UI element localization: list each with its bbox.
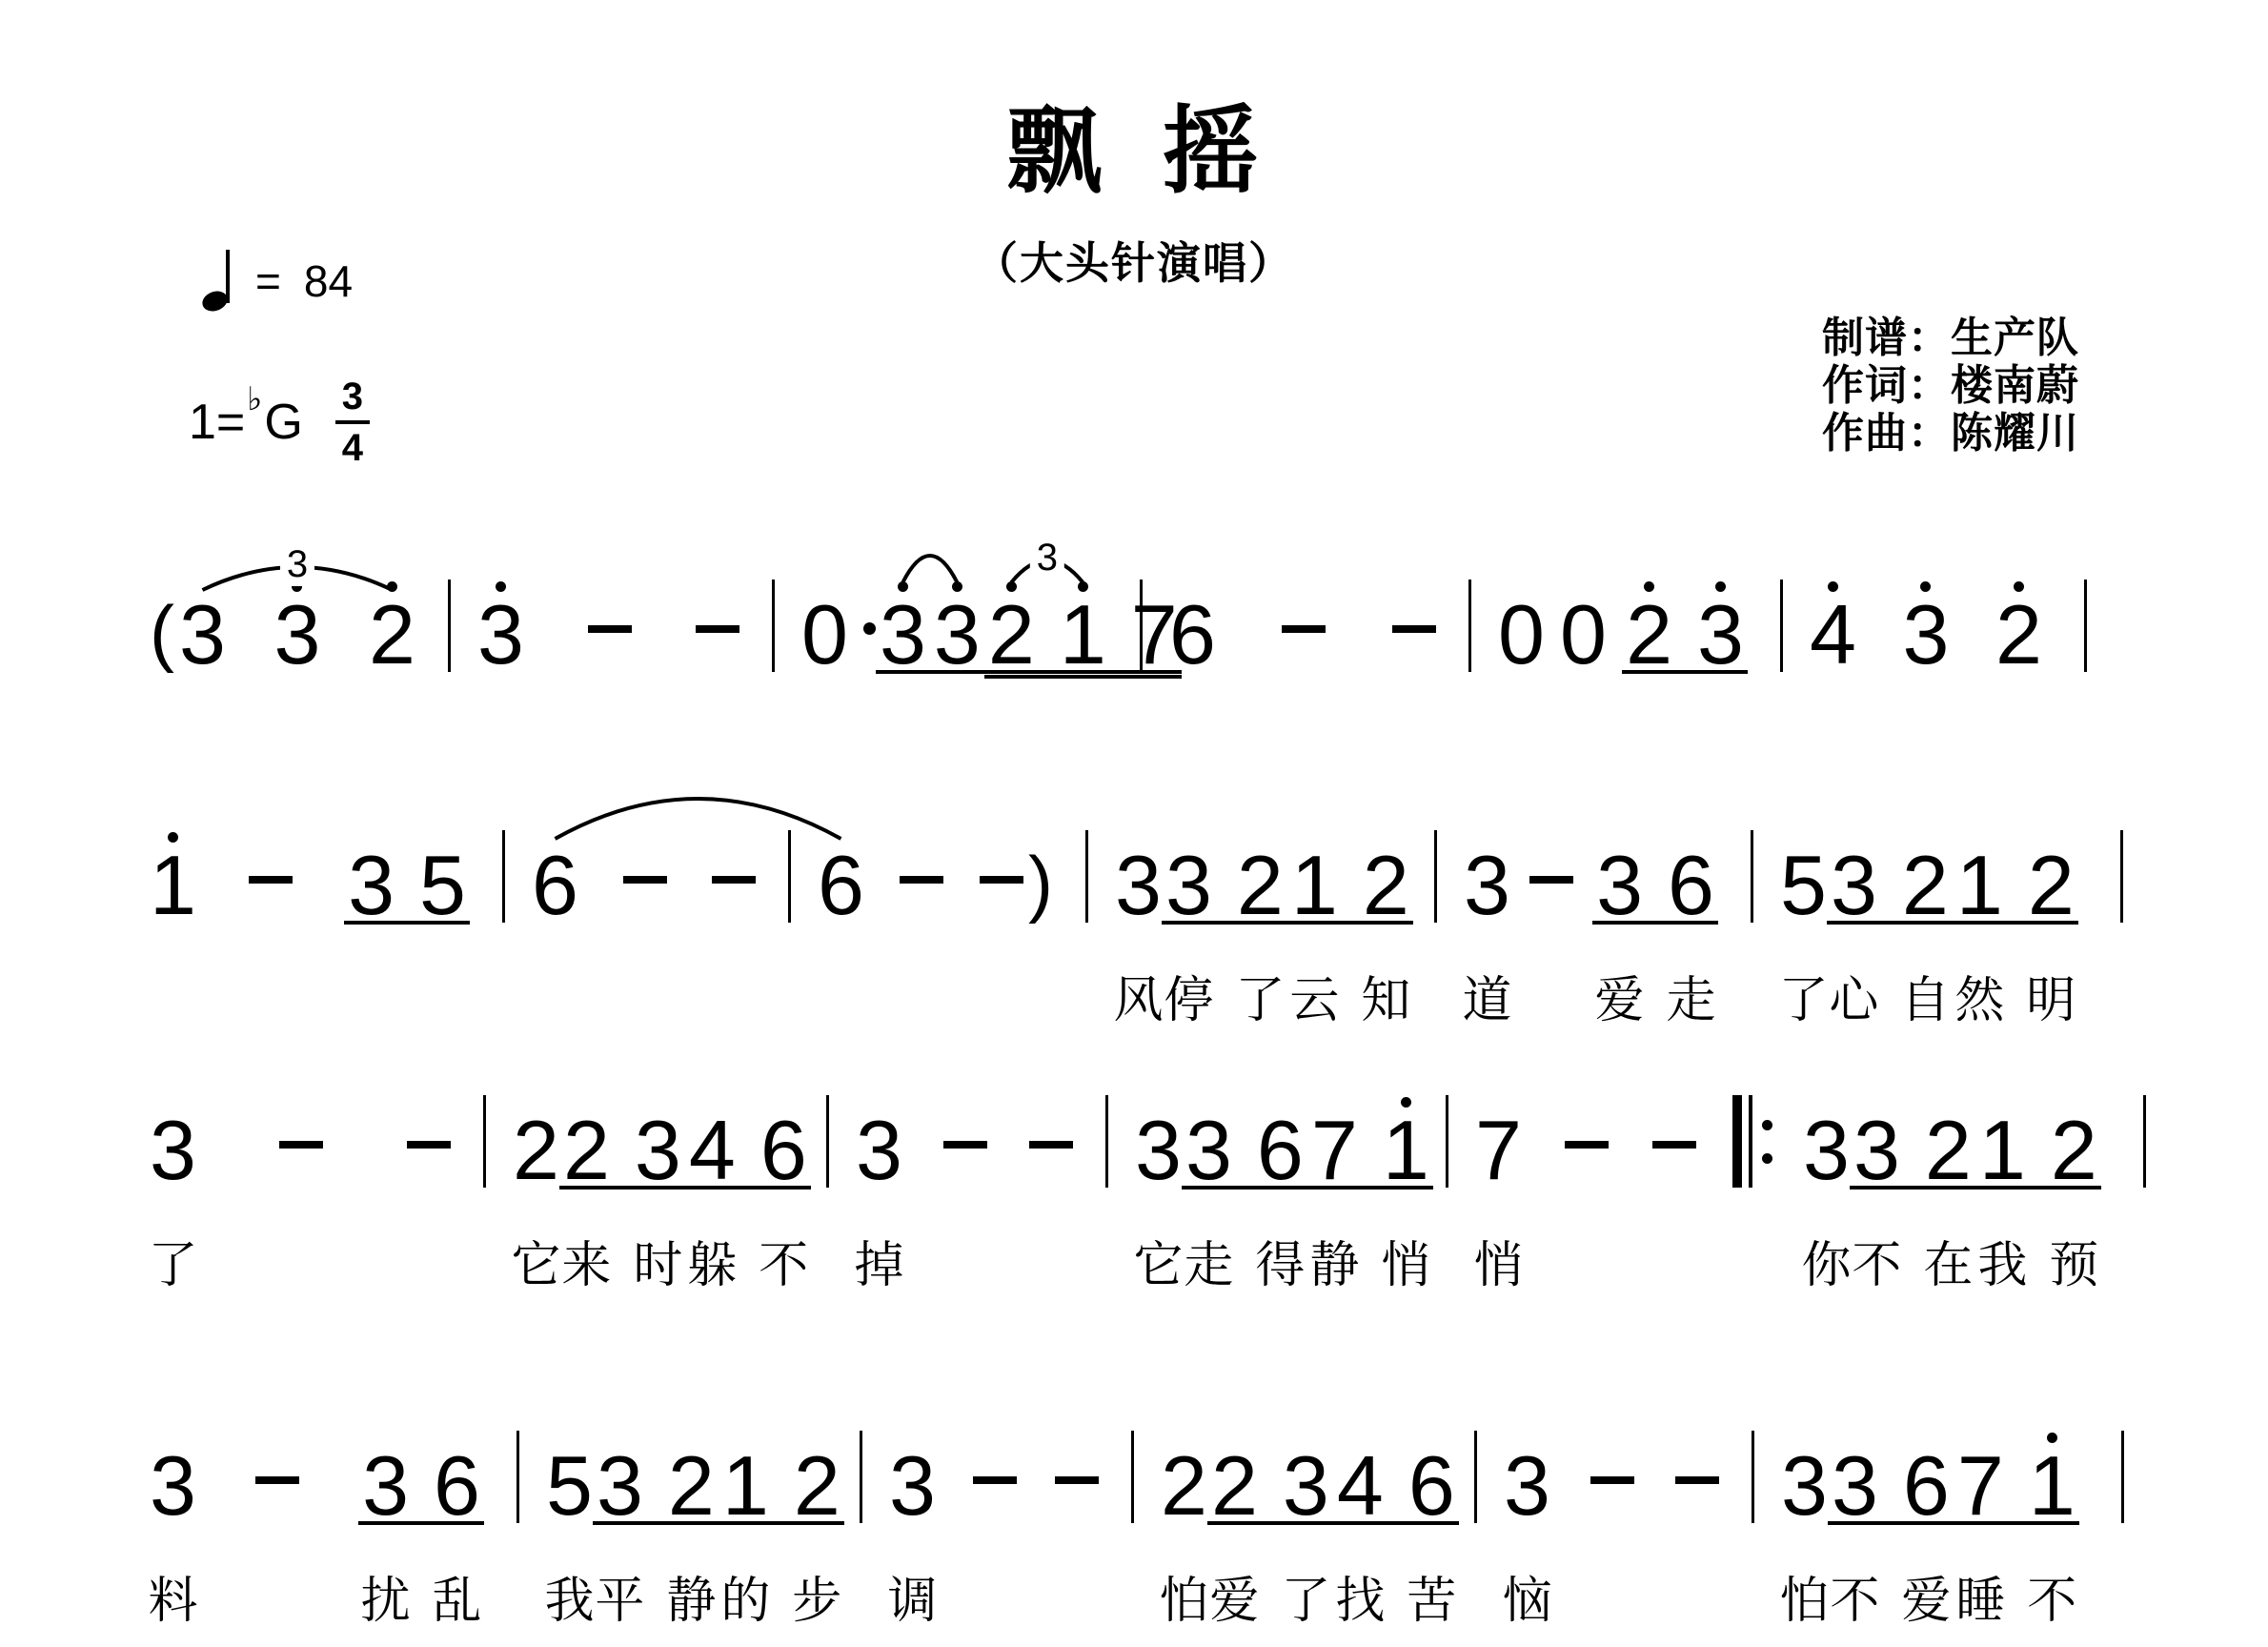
measure: 033217 [775, 575, 1140, 666]
note-row: 5 [1780, 854, 1827, 917]
note: 2明 [2028, 854, 2075, 917]
note-number: 6 [532, 854, 578, 917]
note-number: 0 [1498, 603, 1545, 666]
note-number: 3 [1165, 854, 1212, 917]
note-row: 3 [477, 603, 524, 666]
note: 0 [1498, 575, 1545, 666]
dash-note [1529, 876, 1573, 884]
repeat-start-sign [1732, 1095, 1772, 1182]
note: 1云 [1291, 854, 1338, 917]
credit-composer: 作曲：陈耀川 [1822, 410, 2079, 457]
measure: 6) [791, 825, 1085, 917]
note-number: 6 [1668, 854, 1714, 917]
lyric-char: 调 [887, 1575, 937, 1628]
note: 6得 [1257, 1119, 1304, 1182]
note-row: 2 [988, 603, 1035, 666]
note: 3风 [1115, 825, 1162, 917]
paren-symbol: ) [1028, 848, 1053, 917]
note-number: 1 [722, 1454, 769, 1517]
repeat-dot [1762, 1153, 1772, 1164]
lyric-char: 找 [1335, 1575, 1385, 1628]
note-number: 3 [1115, 854, 1162, 917]
beam-group: 7睡1不 [1954, 1433, 2079, 1525]
lyric-char: 怕 [1159, 1575, 1208, 1628]
note-number: 0 [1560, 603, 1607, 666]
note: 1我 [1979, 1119, 2026, 1182]
note: 2 [1626, 581, 1672, 666]
barline [2120, 830, 2123, 923]
note: 7睡 [1957, 1454, 2004, 1517]
note: 2 [1995, 575, 2042, 666]
lyric-char: 步 [792, 1575, 841, 1628]
note: 2怕 [1161, 1426, 1207, 1517]
note-row: 1 [150, 854, 196, 917]
note-number: 5 [419, 854, 466, 917]
note-number: 3 [597, 1454, 643, 1517]
lyric-char: 风 [1113, 974, 1163, 1027]
note-row: 6 [1408, 1454, 1455, 1517]
lyric-char: 心 [1829, 974, 1878, 1027]
measure: 135 [148, 825, 502, 917]
note: 3停 [1165, 854, 1212, 917]
dash-note [255, 1476, 299, 1484]
note-number: 3 [1831, 854, 1877, 917]
lyric-char: 爱 [1595, 974, 1645, 1027]
note-number: 2 [513, 1119, 559, 1182]
note-row: 1 [2029, 1454, 2076, 1517]
note-row: 6 [1169, 603, 1216, 666]
note-row: 3 [362, 1454, 409, 1517]
measure: 3你3不2在1我2预 [1776, 1090, 2143, 1182]
dash-note [1392, 625, 1436, 633]
lyric-char: 爱 [1209, 1575, 1259, 1628]
note-group: ) [980, 848, 1053, 917]
note-number: 1 [150, 854, 196, 917]
note: 3爱 [1596, 854, 1643, 917]
beam-group: 3扰6乱 [358, 1454, 484, 1525]
note-row: 0 [801, 603, 876, 666]
beam-group: 3不6爱 [1828, 1454, 1954, 1525]
song-title: 飘 摇 [0, 74, 2268, 212]
note: 5 [419, 854, 466, 917]
lyric-char: 了 [1778, 974, 1828, 1027]
measure: 2怕2爱3了4找6苦 [1134, 1426, 1474, 1517]
note-row: 1 [1060, 603, 1106, 666]
beam-group: 1云2知 [1287, 854, 1413, 925]
note-row: 1 [1383, 1119, 1429, 1182]
note-row: 6 [760, 1119, 807, 1182]
note: 3走 [1185, 1119, 1232, 1182]
note: 2了 [1237, 854, 1284, 917]
note: 3 [880, 581, 926, 666]
note-number: 2 [1626, 603, 1672, 666]
beam-group: 1的2步 [719, 1454, 844, 1525]
measure: 3了 [148, 1090, 483, 1182]
note-number: 7 [1475, 1119, 1522, 1182]
dash-note [973, 1476, 1017, 1484]
note-number: 6 [434, 1454, 480, 1517]
lyric-char: 知 [1361, 974, 1410, 1027]
lyric-char: 平 [595, 1575, 644, 1628]
note-row: 3 [1283, 1454, 1329, 1517]
note-number: 3 [348, 854, 395, 917]
dash-note [588, 625, 632, 633]
note-number: 3 [150, 1119, 196, 1182]
measure: 3道3爱6走 [1437, 825, 1751, 917]
lyric-char: 停 [1164, 974, 1213, 1027]
barline [2121, 1431, 2124, 1523]
note-number: 3 [934, 603, 981, 666]
note: 3了 [1283, 1454, 1329, 1517]
note: 1 [150, 825, 196, 917]
note-number: 2 [1161, 1454, 1207, 1517]
lyric-char: 不 [2027, 1575, 2076, 1628]
note-number: 2 [369, 603, 415, 666]
measure: 5我3平2静1的2步 [519, 1426, 860, 1517]
note-row: 2 [794, 1454, 840, 1517]
note: 3 [348, 854, 395, 917]
lyric-char: 走 [1666, 974, 1715, 1027]
note-number: 1 [1383, 1119, 1429, 1182]
note: 3时 [635, 1119, 681, 1182]
note-number: 2 [1902, 854, 1949, 917]
note-row: 3 [1596, 854, 1643, 917]
dash-note [279, 1141, 323, 1149]
note: 3心 [1831, 854, 1877, 917]
note: 2爱 [1211, 1454, 1258, 1517]
barline [2084, 579, 2087, 672]
lyric-char: 扰 [361, 1575, 411, 1628]
measure: 3掉 [829, 1090, 1105, 1182]
note-row: 3 [1185, 1119, 1232, 1182]
note-row: 2 [668, 1454, 715, 1517]
lyric-char: 悄 [1381, 1239, 1430, 1292]
lyric-char: 悄 [1473, 1239, 1523, 1292]
note-row: 2 [1161, 1454, 1207, 1517]
note: 6 [818, 825, 864, 917]
note-row: 1 [1956, 854, 2003, 917]
note: 6乱 [434, 1454, 480, 1517]
svg-text:3: 3 [1037, 537, 1058, 579]
repeat-dots [1762, 1095, 1772, 1188]
dash-note [1652, 1141, 1696, 1149]
note-row: 3 [150, 1119, 196, 1182]
beam-group: 3走6得 [1182, 1119, 1307, 1189]
lyric-char: 躲 [687, 1239, 737, 1292]
note-number: 2 [563, 1119, 610, 1182]
note-row: 5 [546, 1454, 593, 1517]
beam-group: 3 [930, 581, 984, 674]
notation-line-2: 13566)3风3停2了1云2知3道3爱6走5了3心2自1然2明 [148, 825, 2087, 917]
note-row: 0 [1498, 603, 1545, 666]
dash-note [980, 876, 1023, 884]
lyric-char: 睡 [1955, 1575, 2005, 1628]
note: 6 [1169, 575, 1216, 666]
note-number: 7 [1311, 1119, 1358, 1182]
lyric-char: 料 [148, 1575, 197, 1628]
note: 2在 [1925, 1119, 1972, 1182]
lyric-char: 不 [759, 1239, 808, 1292]
beam-group: 217 [984, 581, 1182, 674]
note-row: 3 [348, 854, 395, 917]
note: 4躲 [689, 1119, 736, 1182]
note-number: 6 [818, 854, 864, 917]
lyric-char: 了 [1281, 1575, 1330, 1628]
credit-arranger: 制谱：生产队 [1822, 315, 2079, 362]
lyric-char: 然 [1954, 974, 2004, 1027]
note-number: 2 [2028, 854, 2075, 917]
lyric-char: 道 [1462, 974, 1511, 1027]
lyric-char: 了 [1235, 974, 1285, 1027]
note-row: 6 [1257, 1119, 1304, 1182]
note-number: 2 [1211, 1454, 1258, 1517]
lyric-char: 恼 [1502, 1575, 1551, 1628]
time-sig-numerator: 3 [335, 377, 370, 424]
measure: 0023 [1471, 575, 1780, 666]
dash-note [712, 876, 756, 884]
note-number: 3 [1697, 603, 1744, 666]
measure: 3 [451, 575, 772, 666]
note-number: 3 [179, 603, 226, 666]
measure: 5了3心2自1然2明 [1753, 825, 2120, 917]
dash-note [943, 1141, 987, 1149]
note: 3 [934, 581, 981, 666]
dash-note [696, 625, 739, 633]
dash-note [249, 876, 293, 884]
note: 3 [1903, 575, 1950, 666]
note-number: 0 [801, 603, 848, 666]
note-number: 4 [689, 1119, 736, 1182]
beam-group: 3爱6走 [1592, 854, 1718, 925]
note-row: 1 [1979, 1119, 2026, 1182]
lyric-char: 静 [666, 1575, 716, 1628]
note-row: 2 [1237, 854, 1284, 917]
lyric-char: 走 [1184, 1239, 1233, 1292]
lyric-char: 时 [633, 1239, 682, 1292]
note-row: 3 [1903, 603, 1950, 666]
lyric-char: 得 [1255, 1239, 1305, 1292]
note: 3不 [1853, 1119, 1900, 1182]
note-number: 3 [1781, 1454, 1828, 1517]
note-row: 6 [818, 854, 864, 917]
note-number: 3 [1803, 1119, 1850, 1182]
note-row: 6 [1903, 1454, 1950, 1517]
note: 4 [1810, 575, 1856, 666]
note-row: 6 [434, 1454, 480, 1517]
note-number: 3 [1596, 854, 1643, 917]
note: 2预 [2051, 1119, 2097, 1182]
note-row: 3 [1697, 603, 1744, 666]
note: 6不 [760, 1119, 807, 1182]
note-row: 2 [1363, 854, 1409, 917]
beam-group: 35 [344, 854, 470, 925]
note: 2来 [563, 1119, 610, 1182]
note-row: 3 [597, 1454, 643, 1517]
note-number: 2 [668, 1454, 715, 1517]
lyric-char: 怕 [1779, 1575, 1829, 1628]
note-number: 2 [1237, 854, 1284, 917]
beam-group: 4躲6不 [685, 1119, 811, 1189]
note-number: 3 [1504, 1454, 1550, 1517]
dash-note [1282, 625, 1326, 633]
note-row: 2 [2051, 1119, 2097, 1182]
note: 3 [179, 575, 226, 666]
barline [2143, 1095, 2146, 1188]
note: 0 [801, 575, 876, 666]
note-number: 3 [477, 603, 524, 666]
key-prefix: 1= [189, 394, 245, 451]
lyric-char: 在 [1923, 1239, 1973, 1292]
note-row: 2 [513, 1119, 559, 1182]
note-number: 1 [1291, 854, 1338, 917]
note-number: 6 [1408, 1454, 1455, 1517]
lyric-char: 苦 [1407, 1575, 1456, 1628]
note: 3了 [150, 1090, 196, 1182]
note-number: 3 [1185, 1119, 1232, 1182]
lyric-char: 爱 [1901, 1575, 1951, 1628]
note: 3扰 [362, 1454, 409, 1517]
note-row: 2 [2028, 854, 2075, 917]
credits: 制谱：生产队 作词：楼南蔚 作曲：陈耀川 [1822, 315, 2079, 457]
note-number: 3 [880, 603, 926, 666]
dash-note [1675, 1476, 1719, 1484]
repeat-thick-bar [1732, 1095, 1742, 1188]
flat-icon: ♭ [247, 380, 262, 418]
beam-group: 3 [876, 581, 930, 674]
note-number: 2 [988, 603, 1035, 666]
note-number: 3 [1903, 603, 1950, 666]
measure: 2它2来3时4躲6不 [486, 1090, 826, 1182]
note-row: 4 [1810, 603, 1856, 666]
repeat-dot [1762, 1120, 1772, 1130]
note-row: 3 [856, 1119, 902, 1182]
note-row: 4 [1337, 1454, 1384, 1517]
measure: 6 [505, 825, 788, 917]
time-signature: 3 4 [335, 377, 370, 467]
measure: 3恼 [1477, 1426, 1752, 1517]
note-number: 1 [1979, 1119, 2026, 1182]
measure: 3怕3不6爱7睡1不 [1754, 1426, 2121, 1517]
note-number: 3 [1464, 854, 1510, 917]
augmentation-dot-icon [863, 622, 876, 635]
dash-note [1590, 1476, 1634, 1484]
note: 5了 [1780, 825, 1827, 917]
note: 0 [1560, 575, 1607, 666]
note-row: 4 [689, 1119, 736, 1182]
lyric-char: 乱 [432, 1575, 481, 1628]
note-row: 3 [1464, 854, 1510, 917]
note-number: 2 [1363, 854, 1409, 917]
note-number: 3 [1832, 1454, 1878, 1517]
note-row: 3 [274, 603, 321, 666]
note: 5我 [546, 1426, 593, 1517]
lyric-char: 掉 [854, 1239, 903, 1292]
key-signature: 1= ♭ G 3 4 [189, 377, 370, 467]
note-number: 3 [856, 1119, 902, 1182]
note-row: 6 [532, 854, 578, 917]
note-row: 3 [889, 1454, 936, 1517]
note: 1 [1060, 581, 1106, 666]
note-row: 6 [1668, 854, 1714, 917]
dash-note [1055, 1476, 1099, 1484]
notation-line-1: (33230332176002343233 [148, 575, 2087, 666]
note: 3调 [889, 1426, 936, 1517]
note-row: 2 [1211, 1454, 1258, 1517]
note: 3 [1697, 581, 1744, 666]
beam-group: 3不2在 [1850, 1119, 1975, 1189]
key-letter: G [264, 394, 302, 451]
note-row: 3 [1504, 1454, 1550, 1517]
measure: (332 [148, 575, 448, 666]
measure: 6 [1143, 575, 1468, 666]
note-row: 2 [1995, 603, 2042, 666]
note-row: 2 [1902, 854, 1949, 917]
note: 3它 [1135, 1090, 1182, 1182]
note-row: 3 [179, 603, 226, 666]
note-number: 3 [1853, 1119, 1900, 1182]
quarter-note-icon [202, 250, 233, 313]
note: 4找 [1337, 1454, 1384, 1517]
note: 7悄 [1475, 1090, 1522, 1182]
beam-group: 4找6苦 [1333, 1454, 1459, 1525]
notation-line-3: 3了2它2来3时4躲6不3掉3它3走6得7静1悄7悄3你3不2在1我2预 [148, 1090, 2087, 1182]
beam-group: 1然2明 [1953, 854, 2078, 925]
lyric-char: 不 [1852, 1239, 1901, 1292]
note-group: (3 [150, 575, 226, 666]
note-row: 1 [1291, 854, 1338, 917]
beam-group: 3停2了 [1162, 854, 1287, 925]
credit-lyricist: 作词：楼南蔚 [1822, 362, 2079, 410]
note-number: 4 [1337, 1454, 1384, 1517]
note-row: 3 [1831, 854, 1877, 917]
beam-group: 7静1悄 [1307, 1097, 1433, 1189]
note-number: 6 [760, 1119, 807, 1182]
note-number: 6 [1903, 1454, 1950, 1517]
lyric-char: 来 [561, 1239, 611, 1292]
note: 3不 [1832, 1454, 1878, 1517]
lyric-char: 自 [1900, 974, 1950, 1027]
note: 1然 [1956, 854, 2003, 917]
note: 3 [477, 575, 524, 666]
note-row: 7 [1475, 1119, 1522, 1182]
tempo-bpm: 84 [304, 255, 353, 307]
note-row: 2 [369, 603, 415, 666]
lyric-char: 明 [2026, 974, 2076, 1027]
note-number: 2 [794, 1454, 840, 1517]
note-row: 3 [1803, 1119, 1850, 1182]
measure: 3调 [862, 1426, 1131, 1517]
lyric-char: 它 [511, 1239, 560, 1292]
note-number: 4 [1810, 603, 1856, 666]
dash-note [1565, 1141, 1609, 1149]
note-row: 3 [1135, 1119, 1182, 1182]
beam-group: 1我2预 [1975, 1119, 2101, 1189]
note-number: 6 [1169, 603, 1216, 666]
note-row: 7 [1311, 1119, 1358, 1182]
note: 2 [369, 575, 415, 666]
note-number: 3 [150, 1454, 196, 1517]
lyric-char: 的 [720, 1575, 770, 1628]
lyric-char: 我 [544, 1575, 594, 1628]
note-row: 3 [635, 1119, 681, 1182]
note: 3掉 [856, 1090, 902, 1182]
note: 3怕 [1781, 1426, 1828, 1517]
note-row: 3 [1115, 854, 1162, 917]
note: 2自 [1902, 854, 1949, 917]
note: 2它 [513, 1090, 559, 1182]
note-number: 1 [2029, 1454, 2076, 1517]
note-number: 1 [1956, 854, 2003, 917]
